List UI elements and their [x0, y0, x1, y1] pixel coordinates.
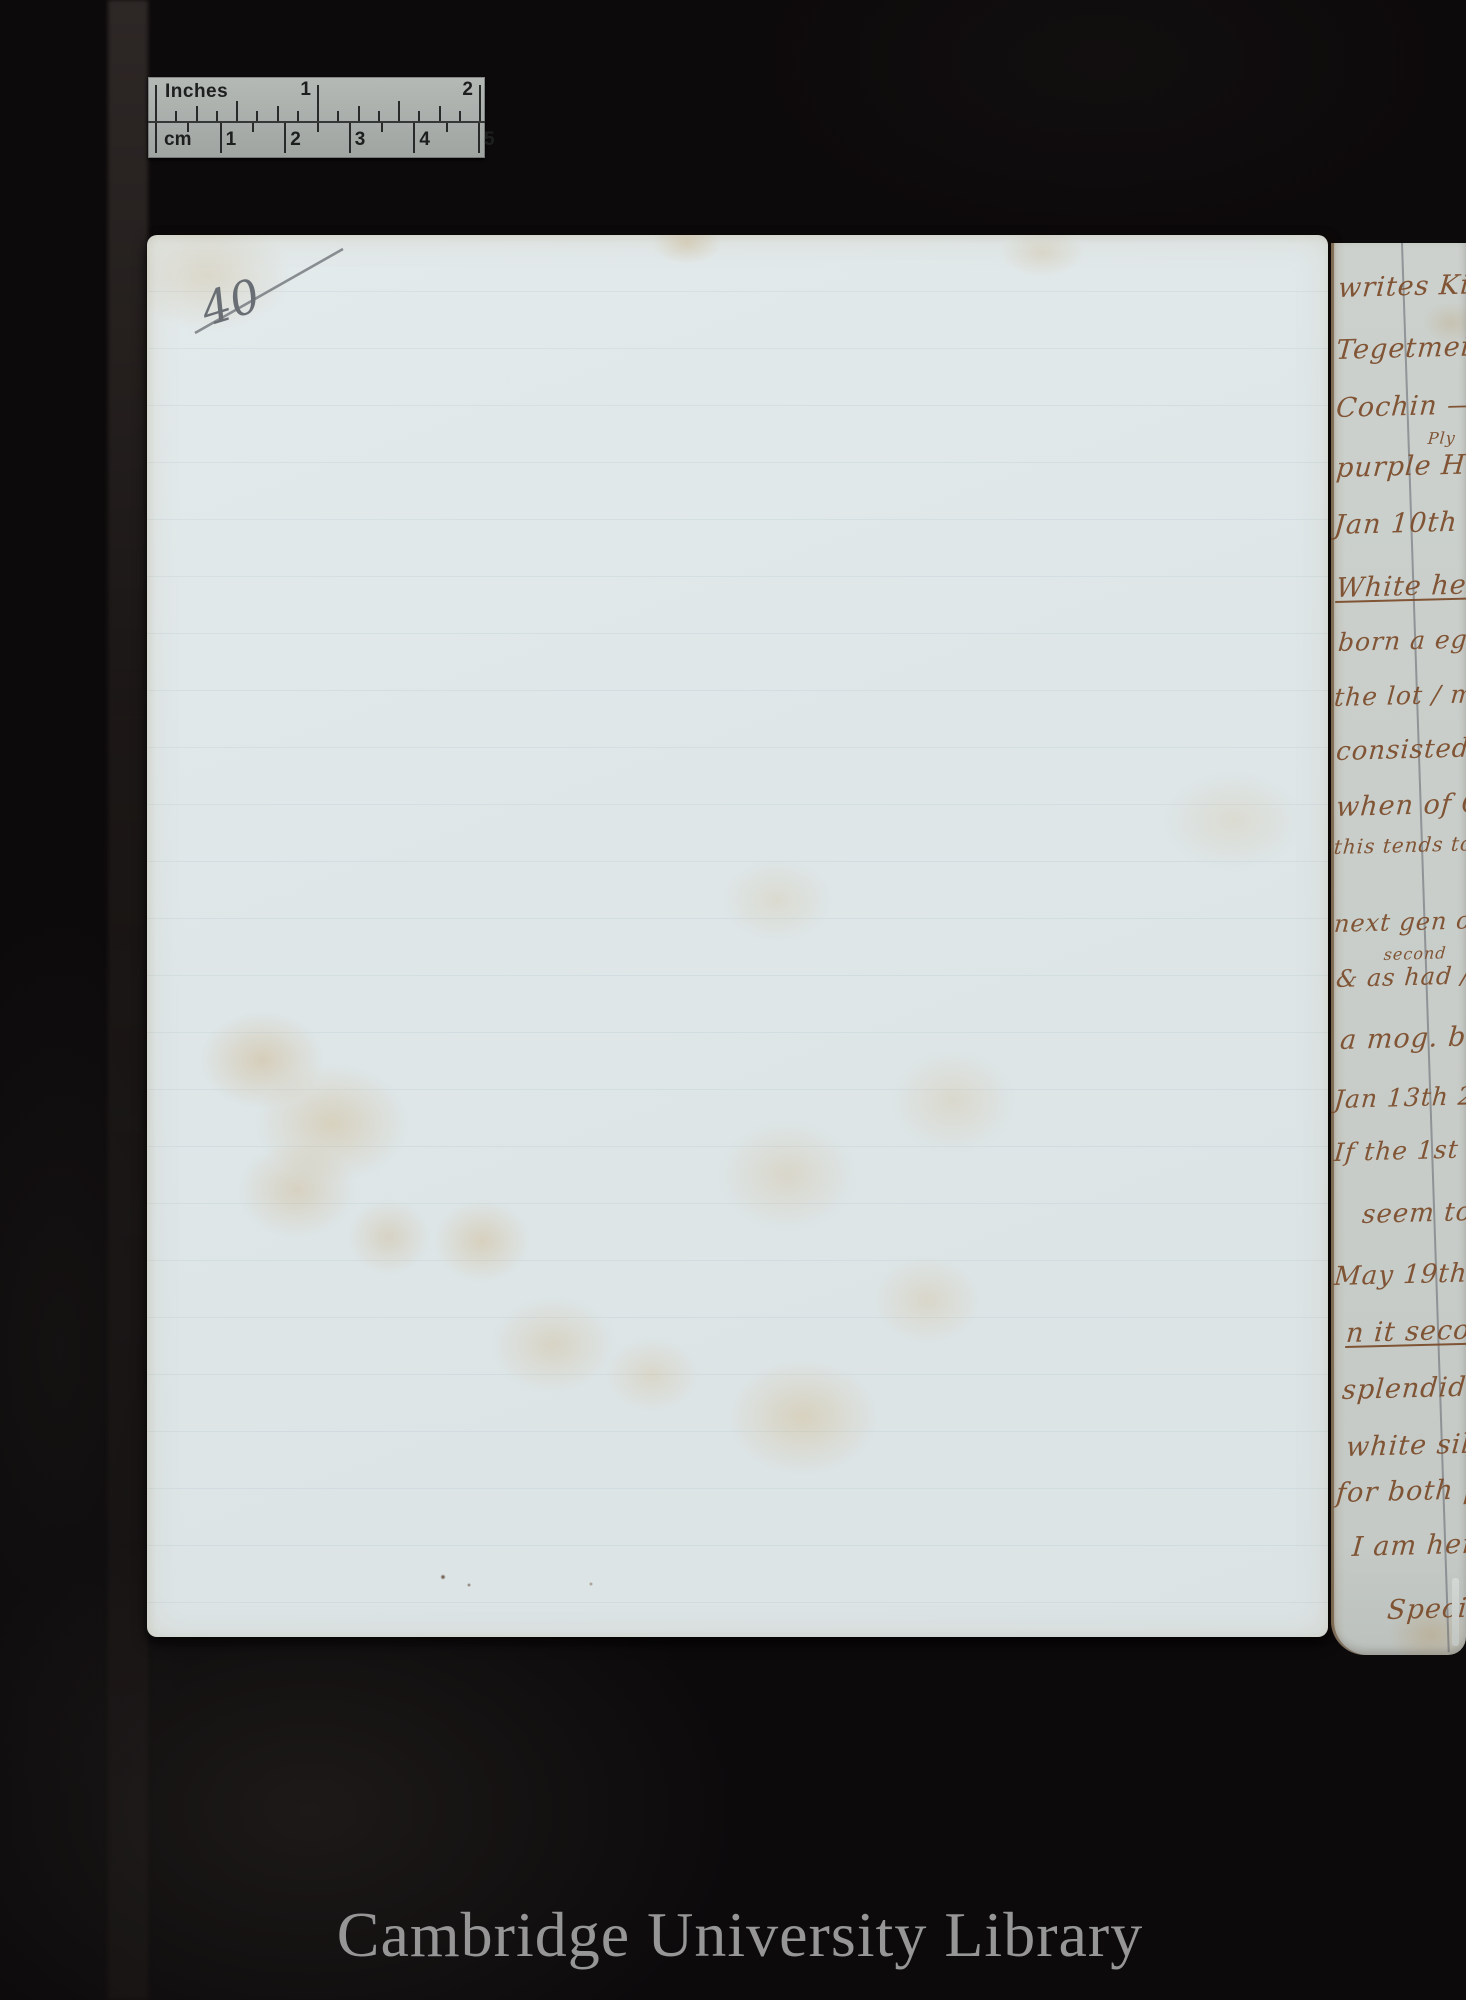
manuscript-line: Jan 13th 2 more bla	[1333, 1078, 1466, 1114]
manuscript-line: I am her	[1351, 1529, 1466, 1563]
ruler-tick-cm	[413, 123, 415, 153]
ruler-tick-cm	[349, 123, 351, 153]
manuscript-line: If the 1st White	[1333, 1132, 1466, 1167]
manuscript-line: white silk	[1345, 1428, 1466, 1463]
ruler-inches-label: Inches	[165, 81, 228, 103]
manuscript-line: writes Killed	[1337, 268, 1466, 304]
ruler-cm-label: cm	[164, 129, 191, 151]
ruler-tick-inch	[358, 106, 360, 121]
manuscript-line: the lot / mixed eg	[1333, 677, 1466, 712]
ruler-cm-number: 1	[226, 129, 237, 151]
manuscript-line: born a eg few	[1337, 623, 1466, 657]
ruler-tick-cm	[381, 123, 383, 132]
manuscript-line: this tends to show	[1333, 830, 1466, 859]
ruler-tick-cm	[446, 123, 448, 132]
manuscript-line: purple Hackle	[1335, 448, 1466, 484]
manuscript-line: splendid red	[1341, 1370, 1466, 1406]
ruler-tick-inch	[236, 101, 238, 121]
ruler-tick-inch	[155, 85, 157, 121]
ruler-inch-number: 1	[291, 79, 311, 101]
ruler-cm-number: 5	[484, 129, 495, 151]
manuscript-line: Jan 10th — Fan	[1333, 504, 1466, 541]
manuscript-line: seem to be	[1361, 1196, 1466, 1230]
manuscript-line: Tegetmeier &	[1335, 330, 1466, 366]
manuscript-blank-page: 40	[147, 235, 1328, 1637]
manuscript-line: n it second	[1345, 1314, 1466, 1349]
manuscript-line: when of Cork	[1335, 787, 1466, 823]
manuscript-line: consisted of 11	[1335, 731, 1466, 767]
ruler-tick-inch	[216, 111, 218, 121]
scale-ruler: Inches cm 1212345	[148, 77, 485, 158]
ruler-cm-number: 2	[290, 129, 301, 151]
ruler-tick-cm	[252, 123, 254, 132]
velvet-backdrop-fold	[108, 0, 148, 2000]
ruler-tick-inch	[317, 85, 319, 121]
ruler-tick-inch	[418, 111, 420, 121]
ruler-tick-inch	[337, 111, 339, 121]
manuscript-line: & as had / to	[1335, 961, 1466, 993]
manuscript-facing-page-edge: writes KilledTegetmeier &Cochin — whiPly…	[1331, 243, 1466, 1655]
manuscript-line: a mog. black	[1339, 1020, 1466, 1056]
archival-photo-stage: Inches cm 1212345 40 writes KilledTegetm…	[0, 0, 1466, 2000]
manuscript-line: Ply	[1427, 428, 1456, 448]
ruler-tick-cm	[478, 123, 480, 153]
ruler-tick-inch	[398, 101, 400, 121]
ruler-tick-cm	[220, 123, 222, 153]
folio-number-pencil: 40	[175, 241, 360, 351]
ruler-tick-inch	[479, 85, 481, 121]
ruler-tick-inch	[297, 111, 299, 121]
manuscript-line: second	[1383, 943, 1447, 964]
manuscript-line: White hen	[1335, 569, 1466, 604]
ruler-tick-inch	[439, 106, 441, 121]
manuscript-line: next gen of green	[1333, 904, 1466, 938]
manuscript-line: May 19th A grey	[1333, 1256, 1466, 1292]
ruler-tick-cm	[284, 123, 286, 153]
ruler-cm-number: 4	[419, 129, 430, 151]
ruler-tick-inch	[378, 111, 380, 121]
ruler-cm-number: 3	[355, 129, 366, 151]
ruler-tick-cm	[187, 123, 189, 132]
ruler-tick-inch	[256, 111, 258, 121]
ruler-inch-number: 2	[453, 79, 473, 101]
ruler-tick-cm	[317, 123, 319, 132]
manuscript-line: for both pa	[1335, 1474, 1466, 1509]
ruler-tick-inch	[277, 106, 279, 121]
ruler-tick-inch	[459, 111, 461, 121]
manuscript-line: Cochin — whi	[1335, 388, 1466, 424]
ruler-tick-inch	[196, 106, 198, 121]
ruler-tick-cm	[155, 123, 157, 153]
page-edge-sliver	[1452, 1578, 1459, 1646]
ruler-tick-inch	[175, 111, 177, 121]
library-watermark: Cambridge University Library	[0, 1898, 1466, 1972]
